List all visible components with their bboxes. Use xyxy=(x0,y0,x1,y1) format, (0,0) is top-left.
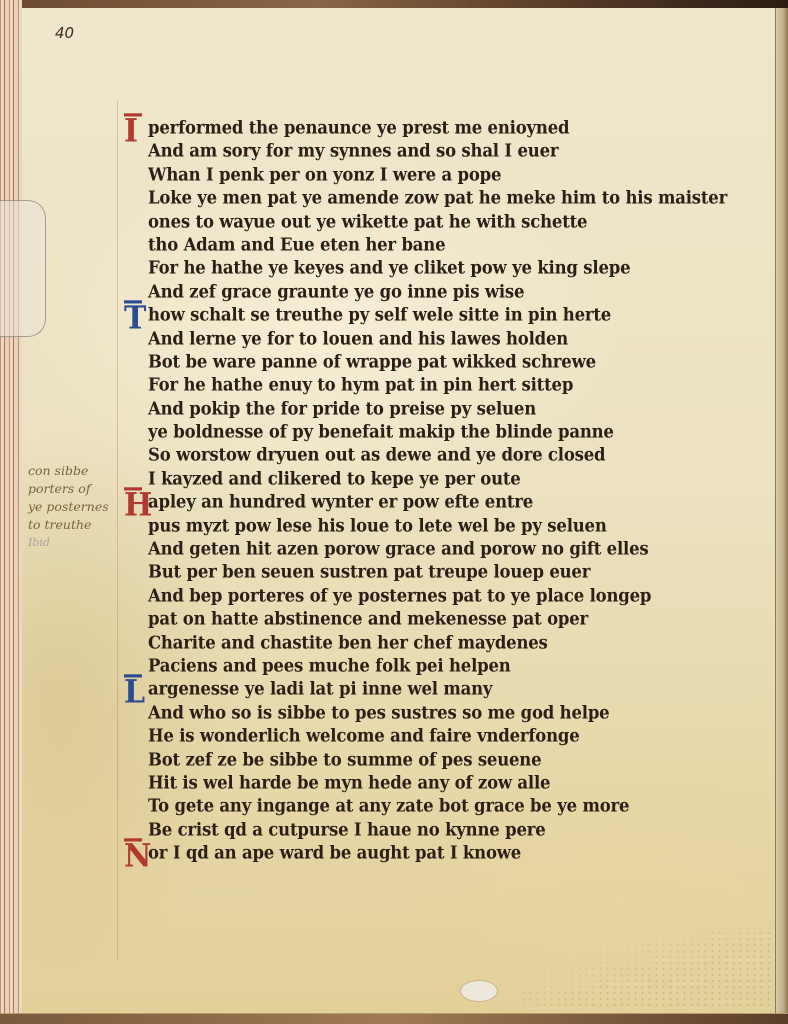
verse-line-text: He is wonderlich welcome and faire vnder… xyxy=(148,726,580,746)
verse-line: I kayzed and clikered to kepe ye per out… xyxy=(148,466,718,491)
verse-line: Iperformed the penaunce ye prest me enio… xyxy=(148,115,718,140)
red-initial-letter: N xyxy=(124,838,142,883)
verse-line-text: Hit is wel harde be myn hede any of zow … xyxy=(148,772,550,792)
verse-line: For he hathe ye keyes and ye cliket pow … xyxy=(148,256,718,281)
verse-line: tho Adam and Eue eten her bane xyxy=(148,232,718,257)
verse-line: ye boldnesse of py benefait makip the bl… xyxy=(148,419,718,444)
verse-line: Nor I qd an ape ward be aught pat I know… xyxy=(148,841,718,866)
verse-line: Largenesse ye ladi lat pi inne wel many xyxy=(148,677,718,702)
verse-line-text: Charite and chastite ben her chef mayden… xyxy=(148,632,548,652)
verse-line-text: And bep porteres of ye posternes pat to … xyxy=(148,585,651,605)
verse-line-text: So worstow dryuen out as dewe and ye dor… xyxy=(148,445,605,465)
verse-line-text: I kayzed and clikered to kepe ye per out… xyxy=(148,468,521,488)
manuscript-leaf: 40 con sibbe porters of ye posternes to … xyxy=(0,0,788,1024)
marginal-pencil-note: Ibid xyxy=(28,534,148,552)
verse-line: Bot be ware panne of wrappe pat wikked s… xyxy=(148,349,718,374)
verse-line-text: how schalt se treuthe py self wele sitte… xyxy=(148,305,611,325)
blue-initial-letter: L xyxy=(124,675,142,720)
verse-line-text: For he hathe enuy to hym pat in pin hert… xyxy=(148,375,573,395)
page-fore-edge xyxy=(775,8,788,1014)
verse-line: Charite and chastite ben her chef mayden… xyxy=(148,630,718,655)
verse-line-text: Bot be ware panne of wrappe pat wikked s… xyxy=(148,351,596,371)
verse-line: And zef grace graunte ye go inne pis wis… xyxy=(148,279,718,304)
verse-line: Paciens and pees muche folk pei helpen xyxy=(148,653,718,678)
verse-line: But per ben seuen sustren pat treupe lou… xyxy=(148,560,718,585)
page-tab-marker xyxy=(0,200,46,337)
verse-line-text: performed the penaunce ye prest me enioy… xyxy=(148,118,569,138)
verse-line: And geten hit azen porow grace and porow… xyxy=(148,536,718,561)
verse-line: Loke ye men pat ye amende zow pat he mek… xyxy=(148,186,718,211)
verse-line: And who so is sibbe to pes sustres so me… xyxy=(148,700,718,725)
verse-line-text: pat on hatte abstinence and mekenesse pa… xyxy=(148,609,588,629)
binding-bottom-edge xyxy=(0,1013,788,1024)
verse-line-text: ye boldnesse of py benefait makip the bl… xyxy=(148,422,614,442)
verse-line-text: But per ben seuen sustren pat treupe lou… xyxy=(148,562,590,582)
marginal-note-line: con sibbe xyxy=(28,462,148,480)
red-initial-letter: I xyxy=(124,113,142,158)
verse-line: Bot zef ze be sibbe to summe of pes seue… xyxy=(148,747,718,772)
verse-line: Hapley an hundred wynter er pow efte ent… xyxy=(148,490,718,515)
verse-line: ones to wayue out ye wikette pat he with… xyxy=(148,209,718,234)
verse-line: Hit is wel harde be myn hede any of zow … xyxy=(148,770,718,795)
verse-line-text: And am sory for my synnes and so shal I … xyxy=(148,141,558,161)
verse-line: Whan I penk per on yonz I were a pope xyxy=(148,162,718,187)
verse-line-text: argenesse ye ladi lat pi inne wel many xyxy=(148,679,492,699)
binding-top-edge xyxy=(0,0,788,8)
red-initial-letter: H xyxy=(124,488,142,533)
verse-line-text: And pokip the for pride to preise py sel… xyxy=(148,398,536,418)
text-column: Iperformed the penaunce ye prest me enio… xyxy=(148,116,718,865)
verse-line-text: And who so is sibbe to pes sustres so me… xyxy=(148,702,609,722)
verse-line: For he hathe enuy to hym pat in pin hert… xyxy=(148,373,718,398)
parchment-follicle-texture xyxy=(520,930,770,1010)
verse-line: To gete any ingange at any zate bot grac… xyxy=(148,794,718,819)
verse-line-text: Loke ye men pat ye amende zow pat he mek… xyxy=(148,188,727,208)
verse-line-text: And geten hit azen porow grace and porow… xyxy=(148,539,649,559)
verse-line: And am sory for my synnes and so shal I … xyxy=(148,139,718,164)
verse-line: Be crist qd a cutpurse I haue no kynne p… xyxy=(148,817,718,842)
blue-initial-letter: T xyxy=(124,300,142,345)
verse-line: And bep porteres of ye posternes pat to … xyxy=(148,583,718,608)
verse-line-text: For he hathe ye keyes and ye cliket pow … xyxy=(148,258,630,278)
verse-line: So worstow dryuen out as dewe and ye dor… xyxy=(148,443,718,468)
verse-line-text: Bot zef ze be sibbe to summe of pes seue… xyxy=(148,749,541,769)
verse-line: pus myzt pow lese his loue to lete wel b… xyxy=(148,513,718,538)
verse-line-text: And zef grace graunte ye go inne pis wis… xyxy=(148,281,524,301)
verse-line-text: To gete any ingange at any zate bot grac… xyxy=(148,796,629,816)
verse-line-text: ones to wayue out ye wikette pat he with… xyxy=(148,211,587,231)
verse-line-text: apley an hundred wynter er pow efte entr… xyxy=(148,492,533,512)
verse-line-text: pus myzt pow lese his loue to lete wel b… xyxy=(148,515,607,535)
verse-line: pat on hatte abstinence and mekenesse pa… xyxy=(148,607,718,632)
verse-line-text: Paciens and pees muche folk pei helpen xyxy=(148,655,511,675)
verse-line-text: Be crist qd a cutpurse I haue no kynne p… xyxy=(148,819,546,839)
verse-line-text: or I qd an ape ward be aught pat I knowe xyxy=(148,843,521,863)
folio-number: 40 xyxy=(55,24,74,42)
verse-line-text: tho Adam and Eue eten her bane xyxy=(148,234,445,254)
verse-line-text: And lerne ye for to louen and his lawes … xyxy=(148,328,568,348)
parchment-hole xyxy=(460,980,498,1002)
verse-line: And pokip the for pride to preise py sel… xyxy=(148,396,718,421)
verse-line: And lerne ye for to louen and his lawes … xyxy=(148,326,718,351)
verse-line-text: Whan I penk per on yonz I were a pope xyxy=(148,164,501,184)
verse-line: He is wonderlich welcome and faire vnder… xyxy=(148,724,718,749)
binding-gutter xyxy=(0,0,22,1024)
verse-line: Thow schalt se treuthe py self wele sitt… xyxy=(148,303,718,328)
